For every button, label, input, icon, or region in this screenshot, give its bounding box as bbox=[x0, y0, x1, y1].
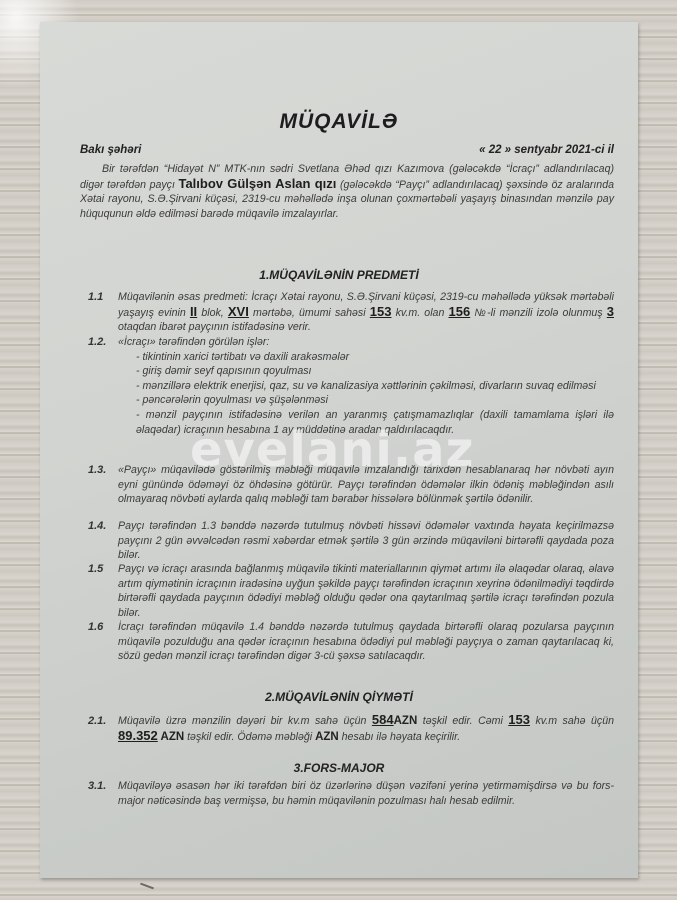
clause-3-1: 3.1.Müqaviləyə əsasən hər iki tərəfdən b… bbox=[88, 779, 614, 808]
floor-number: XVI bbox=[228, 304, 249, 319]
watermark: evelani.az bbox=[190, 422, 474, 478]
contract-date: « 22 » sentyabr 2021-ci il bbox=[479, 144, 614, 156]
section-3-heading: 3.FORS-MAJOR bbox=[40, 761, 638, 775]
document-title: MÜQAVİLƏ bbox=[40, 110, 638, 134]
clause-1-1: 1.1Müqavilənin əsas predmeti: İcraçı Xət… bbox=[88, 290, 614, 335]
apartment-number: 156 bbox=[449, 304, 471, 319]
list-item: - tikintinin xarici tərtibatı və daxili … bbox=[118, 350, 614, 365]
section-1-heading: 1.MÜQAVİLƏNİN PREDMETİ bbox=[40, 268, 638, 282]
contract-paper: MÜQAVİLƏ Bakı şəhəri « 22 » sentyabr 202… bbox=[40, 22, 638, 878]
list-item: - pəncərələrin qoyulması və şüşələnməsi bbox=[118, 393, 614, 408]
list-item: - mənzillərə elektrik enerjisi, qaz, su … bbox=[118, 379, 614, 394]
section-2-heading: 2.MÜQAVİLƏNİN QİYMƏTİ bbox=[40, 690, 638, 704]
table-mark bbox=[140, 883, 154, 890]
total-price: 89.352 bbox=[118, 728, 158, 743]
party-name: Talıbov Gülşən Aslan qızı bbox=[178, 176, 336, 191]
clause-1-4: 1.4.Payçı tərəfindən 1.3 bənddə nəzərdə … bbox=[88, 519, 614, 563]
price-per-sqm: 584 bbox=[372, 712, 394, 727]
list-item: - giriş dəmir seyf qapısının qoyulması bbox=[118, 364, 614, 379]
clause-2-1: 2.1.Müqavilə üzrə mənzilin dəyəri bir kv… bbox=[88, 713, 614, 744]
city-label: Bakı şəhəri bbox=[80, 144, 141, 156]
total-area: 153 bbox=[508, 712, 530, 727]
clause-1-6: 1.6İcraçı tərəfindən müqavilə 1.4 bənddə… bbox=[88, 620, 614, 664]
rooms-count: 3 bbox=[607, 304, 614, 319]
clause-1-5: 1.5Payçı və icraçı arasında bağlanmış mü… bbox=[88, 562, 614, 620]
area-value: 153 bbox=[370, 304, 392, 319]
intro-paragraph: Bir tərəfdən “Hidayət N” MTK-nın sədri S… bbox=[80, 162, 614, 221]
